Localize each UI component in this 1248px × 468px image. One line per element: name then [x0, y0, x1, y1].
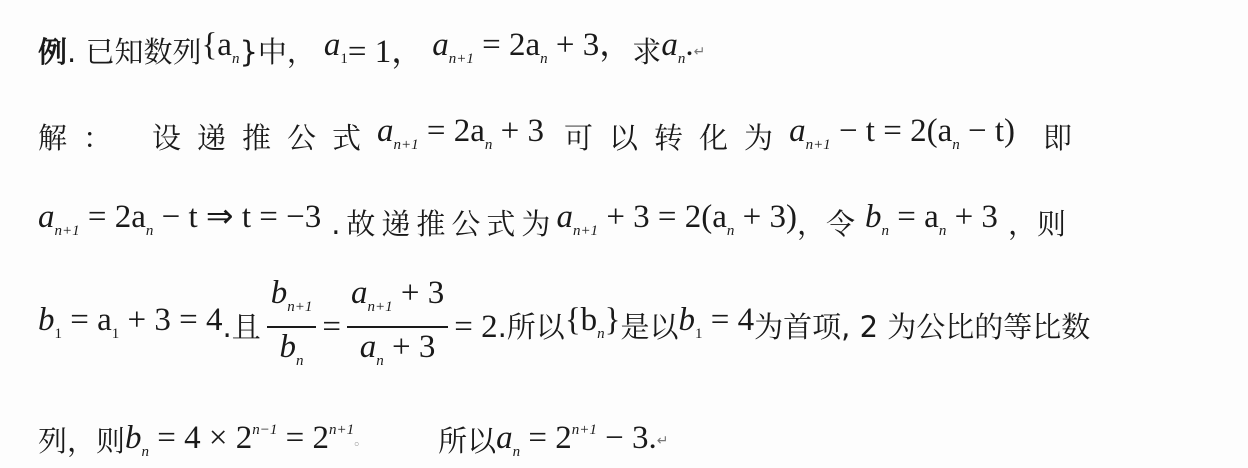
- bn-definition: bn = an + 3: [865, 197, 998, 251]
- new-recurrence: an+1 + 3 = 2(an + 3): [556, 197, 797, 251]
- ratio-fraction-b: bn+1 bn: [267, 274, 317, 380]
- bn-formula: bn = 4 × 2n−1 = 2n+1: [125, 410, 354, 468]
- recurrence-formula: an+1 = 2an + 3: [377, 111, 544, 165]
- ratio-result: = 2: [454, 307, 497, 347]
- solution-line-1: 解： 设递推公式 an+1 = 2an + 3 可以转化为 an+1 − t =…: [38, 111, 1072, 165]
- problem-statement: 例 . 已知数列 {an }中， a1 = 1， an+1 = 2an + 3，…: [38, 25, 705, 79]
- initial-condition: a1: [324, 25, 348, 79]
- final-answer: an = 2n+1 − 3.: [496, 410, 657, 468]
- example-label: 例: [38, 32, 67, 72]
- return-mark-icon: ↵: [694, 32, 706, 72]
- ratio-fraction-a: an+1 + 3 an + 3: [347, 274, 448, 380]
- solution-line-3: b1 = a1 + 3 = 4 .且 bn+1 bn = an+1 + 3 an…: [38, 287, 1090, 367]
- recurrence-equation: an+1 = 2an + 3，: [432, 25, 632, 79]
- b1-value: b1 = a1 + 3 = 4: [38, 300, 223, 354]
- solution-line-4: 列，则 bn = 4 × 2n−1 = 2n+1 。 所以 an = 2n+1 …: [38, 410, 669, 468]
- problem-text: . 已知数列: [67, 32, 201, 72]
- return-mark-icon: ↵: [657, 421, 669, 461]
- target-term: an.: [661, 25, 693, 79]
- solution-line-2: an+1 = 2an − t ⇒ t = −3 .故递推公式为 an+1 + 3…: [38, 197, 1066, 251]
- solve-t-equation: an+1 = 2an − t ⇒ t = −3: [38, 197, 321, 251]
- solution-label: 解：: [38, 118, 128, 158]
- sequence-set: {an: [201, 25, 239, 79]
- bn-set: {bn}: [565, 300, 621, 354]
- transformed-formula: an+1 − t = 2(an − t): [789, 111, 1015, 165]
- first-term: b1 = 4: [679, 300, 755, 354]
